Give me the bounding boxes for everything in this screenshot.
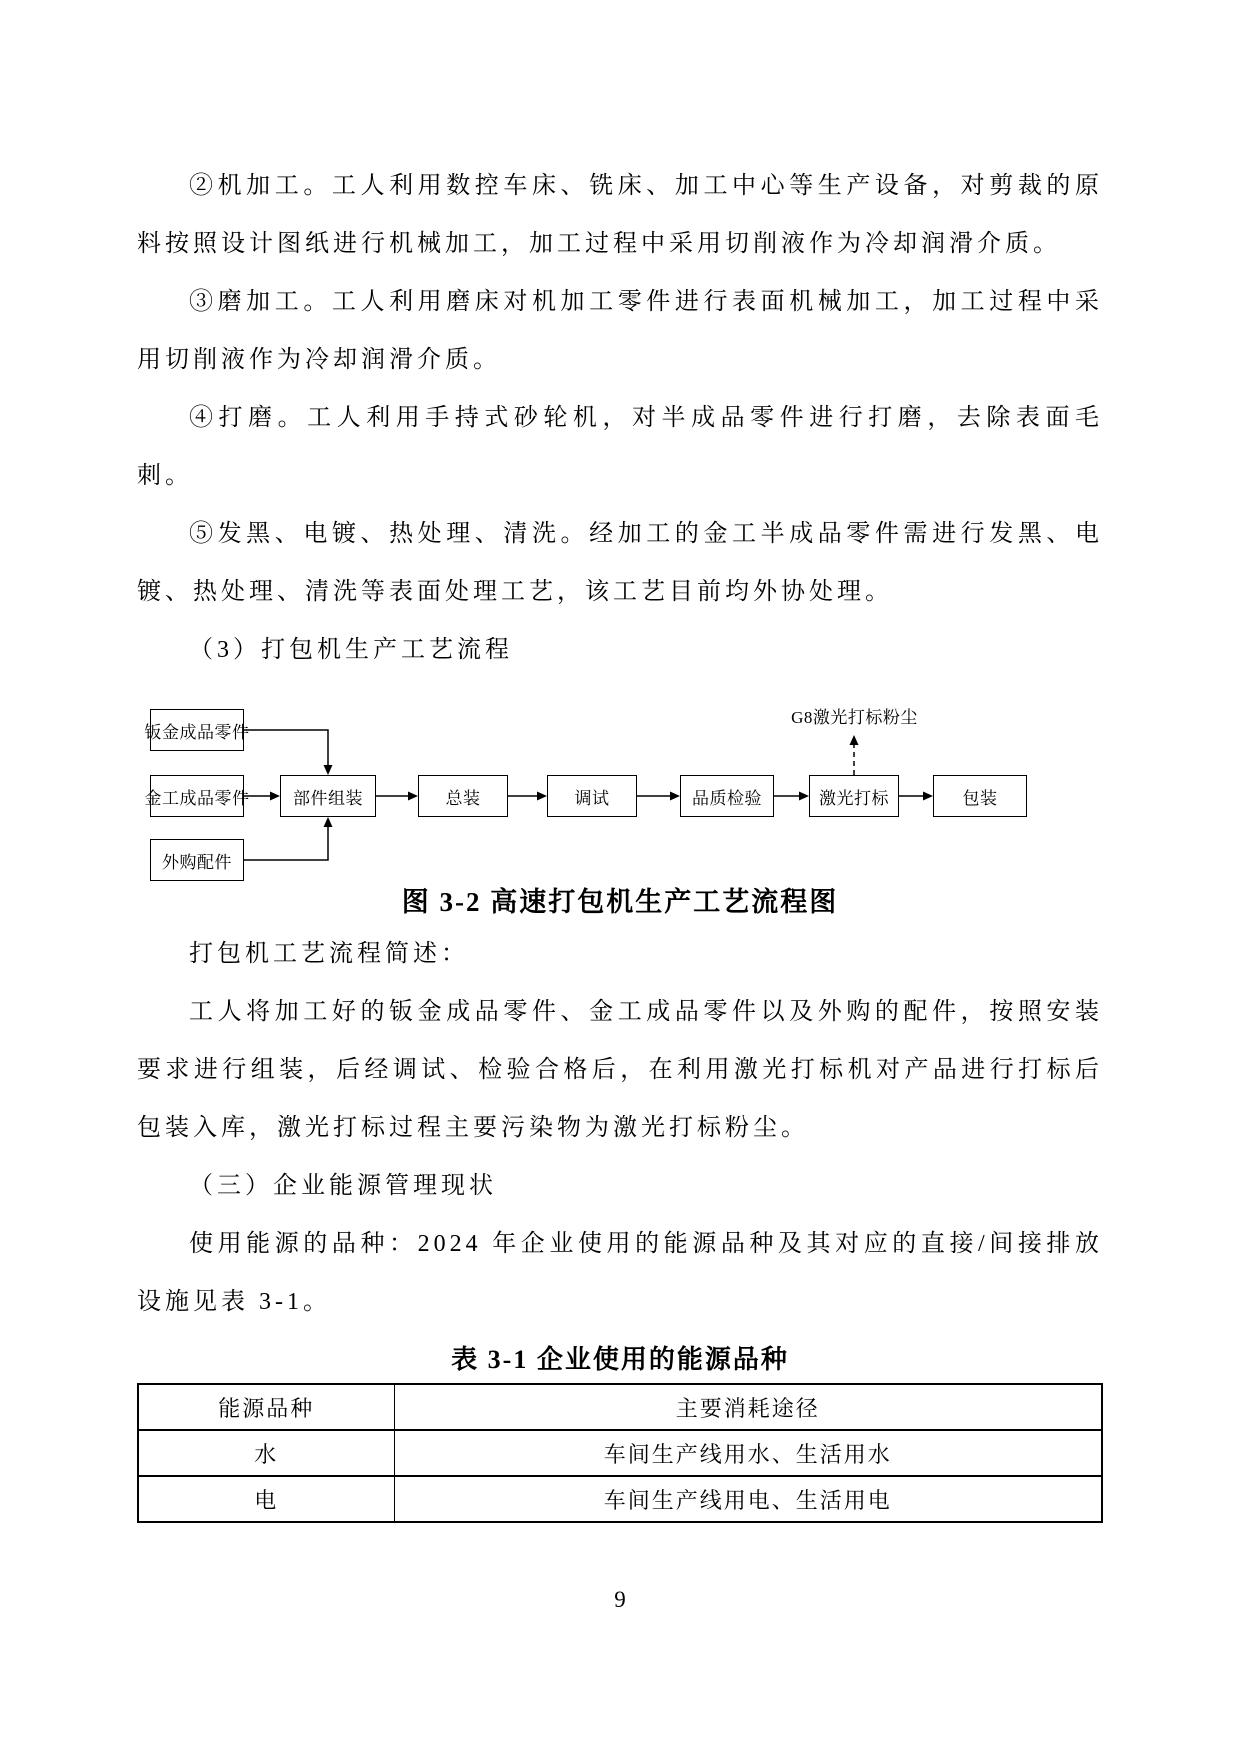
table-row-electricity: 电 车间生产线用电、生活用电: [138, 1476, 1102, 1522]
paragraph-polishing: ④打磨。工人利用手持式砂轮机，对半成品零件进行打磨，去除表面毛刺。: [137, 389, 1103, 505]
figure-caption: 图 3-2 高速打包机生产工艺流程图: [137, 879, 1103, 925]
flow-step-laser-marking: 激光打标: [809, 775, 899, 817]
flow-box-purchased-parts: 外购配件: [150, 839, 244, 881]
document-page: ②机加工。工人利用数控车床、铣床、加工中心等生产设备，对剪裁的原料按照设计图纸进…: [0, 0, 1241, 1755]
table-header-consumption: 主要消耗途径: [394, 1384, 1102, 1430]
paragraph-machining: ②机加工。工人利用数控车床、铣床、加工中心等生产设备，对剪裁的原料按照设计图纸进…: [137, 157, 1103, 273]
paragraph-energy-types: 使用能源的品种：2024 年企业使用的能源品种及其对应的直接/间接排放设施见表 …: [137, 1215, 1103, 1331]
table-header-energy-kind: 能源品种: [138, 1384, 394, 1430]
heading-baler-process: （3）打包机生产工艺流程: [137, 621, 1103, 679]
process-flowchart: G8激光打标粉尘 钣金成品零件 金工成品零件 外购配件 部件组装 总装 调试 品…: [137, 697, 1103, 879]
paragraph-grinding-machining: ③磨加工。工人利用磨床对机加工零件进行表面机械加工，加工过程中采用切削液作为冷却…: [137, 273, 1103, 389]
flow-step-debugging: 调试: [547, 775, 637, 817]
table-cell-electricity-usage: 车间生产线用电、生活用电: [394, 1476, 1102, 1522]
table-caption: 表 3-1 企业使用的能源品种: [137, 1337, 1103, 1383]
paragraph-surface-treatment: ⑤发黑、电镀、热处理、清洗。经加工的金工半成品零件需进行发黑、电镀、热处理、清洗…: [137, 505, 1103, 621]
flow-step-component-assembly: 部件组装: [280, 775, 376, 817]
page-number: 9: [137, 1585, 1103, 1615]
table-cell-electricity: 电: [138, 1476, 394, 1522]
flow-step-quality-inspection: 品质检验: [680, 775, 774, 817]
paragraph-process-brief-title: 打包机工艺流程简述：: [137, 925, 1103, 983]
flow-box-sheet-metal-finished-parts: 钣金成品零件: [150, 709, 244, 751]
table-cell-water-usage: 车间生产线用水、生活用水: [394, 1430, 1102, 1476]
page-content: ②机加工。工人利用数控车床、铣床、加工中心等生产设备，对剪裁的原料按照设计图纸进…: [137, 0, 1103, 1615]
table-header-row: 能源品种 主要消耗途径: [138, 1384, 1102, 1430]
table-cell-water: 水: [138, 1430, 394, 1476]
emission-label: G8激光打标粉尘: [767, 703, 942, 728]
energy-table: 能源品种 主要消耗途径 水 车间生产线用水、生活用水 电 车间生产线用电、生活用…: [137, 1383, 1103, 1523]
heading-energy-management: （三）企业能源管理现状: [137, 1157, 1103, 1215]
flow-step-final-assembly: 总装: [418, 775, 508, 817]
table-row-water: 水 车间生产线用水、生活用水: [138, 1430, 1102, 1476]
flow-box-metalwork-finished-parts: 金工成品零件: [150, 775, 244, 817]
flow-step-packaging: 包装: [933, 775, 1027, 817]
paragraph-process-brief: 工人将加工好的钣金成品零件、金工成品零件以及外购的配件，按照安装要求进行组装，后…: [137, 983, 1103, 1157]
